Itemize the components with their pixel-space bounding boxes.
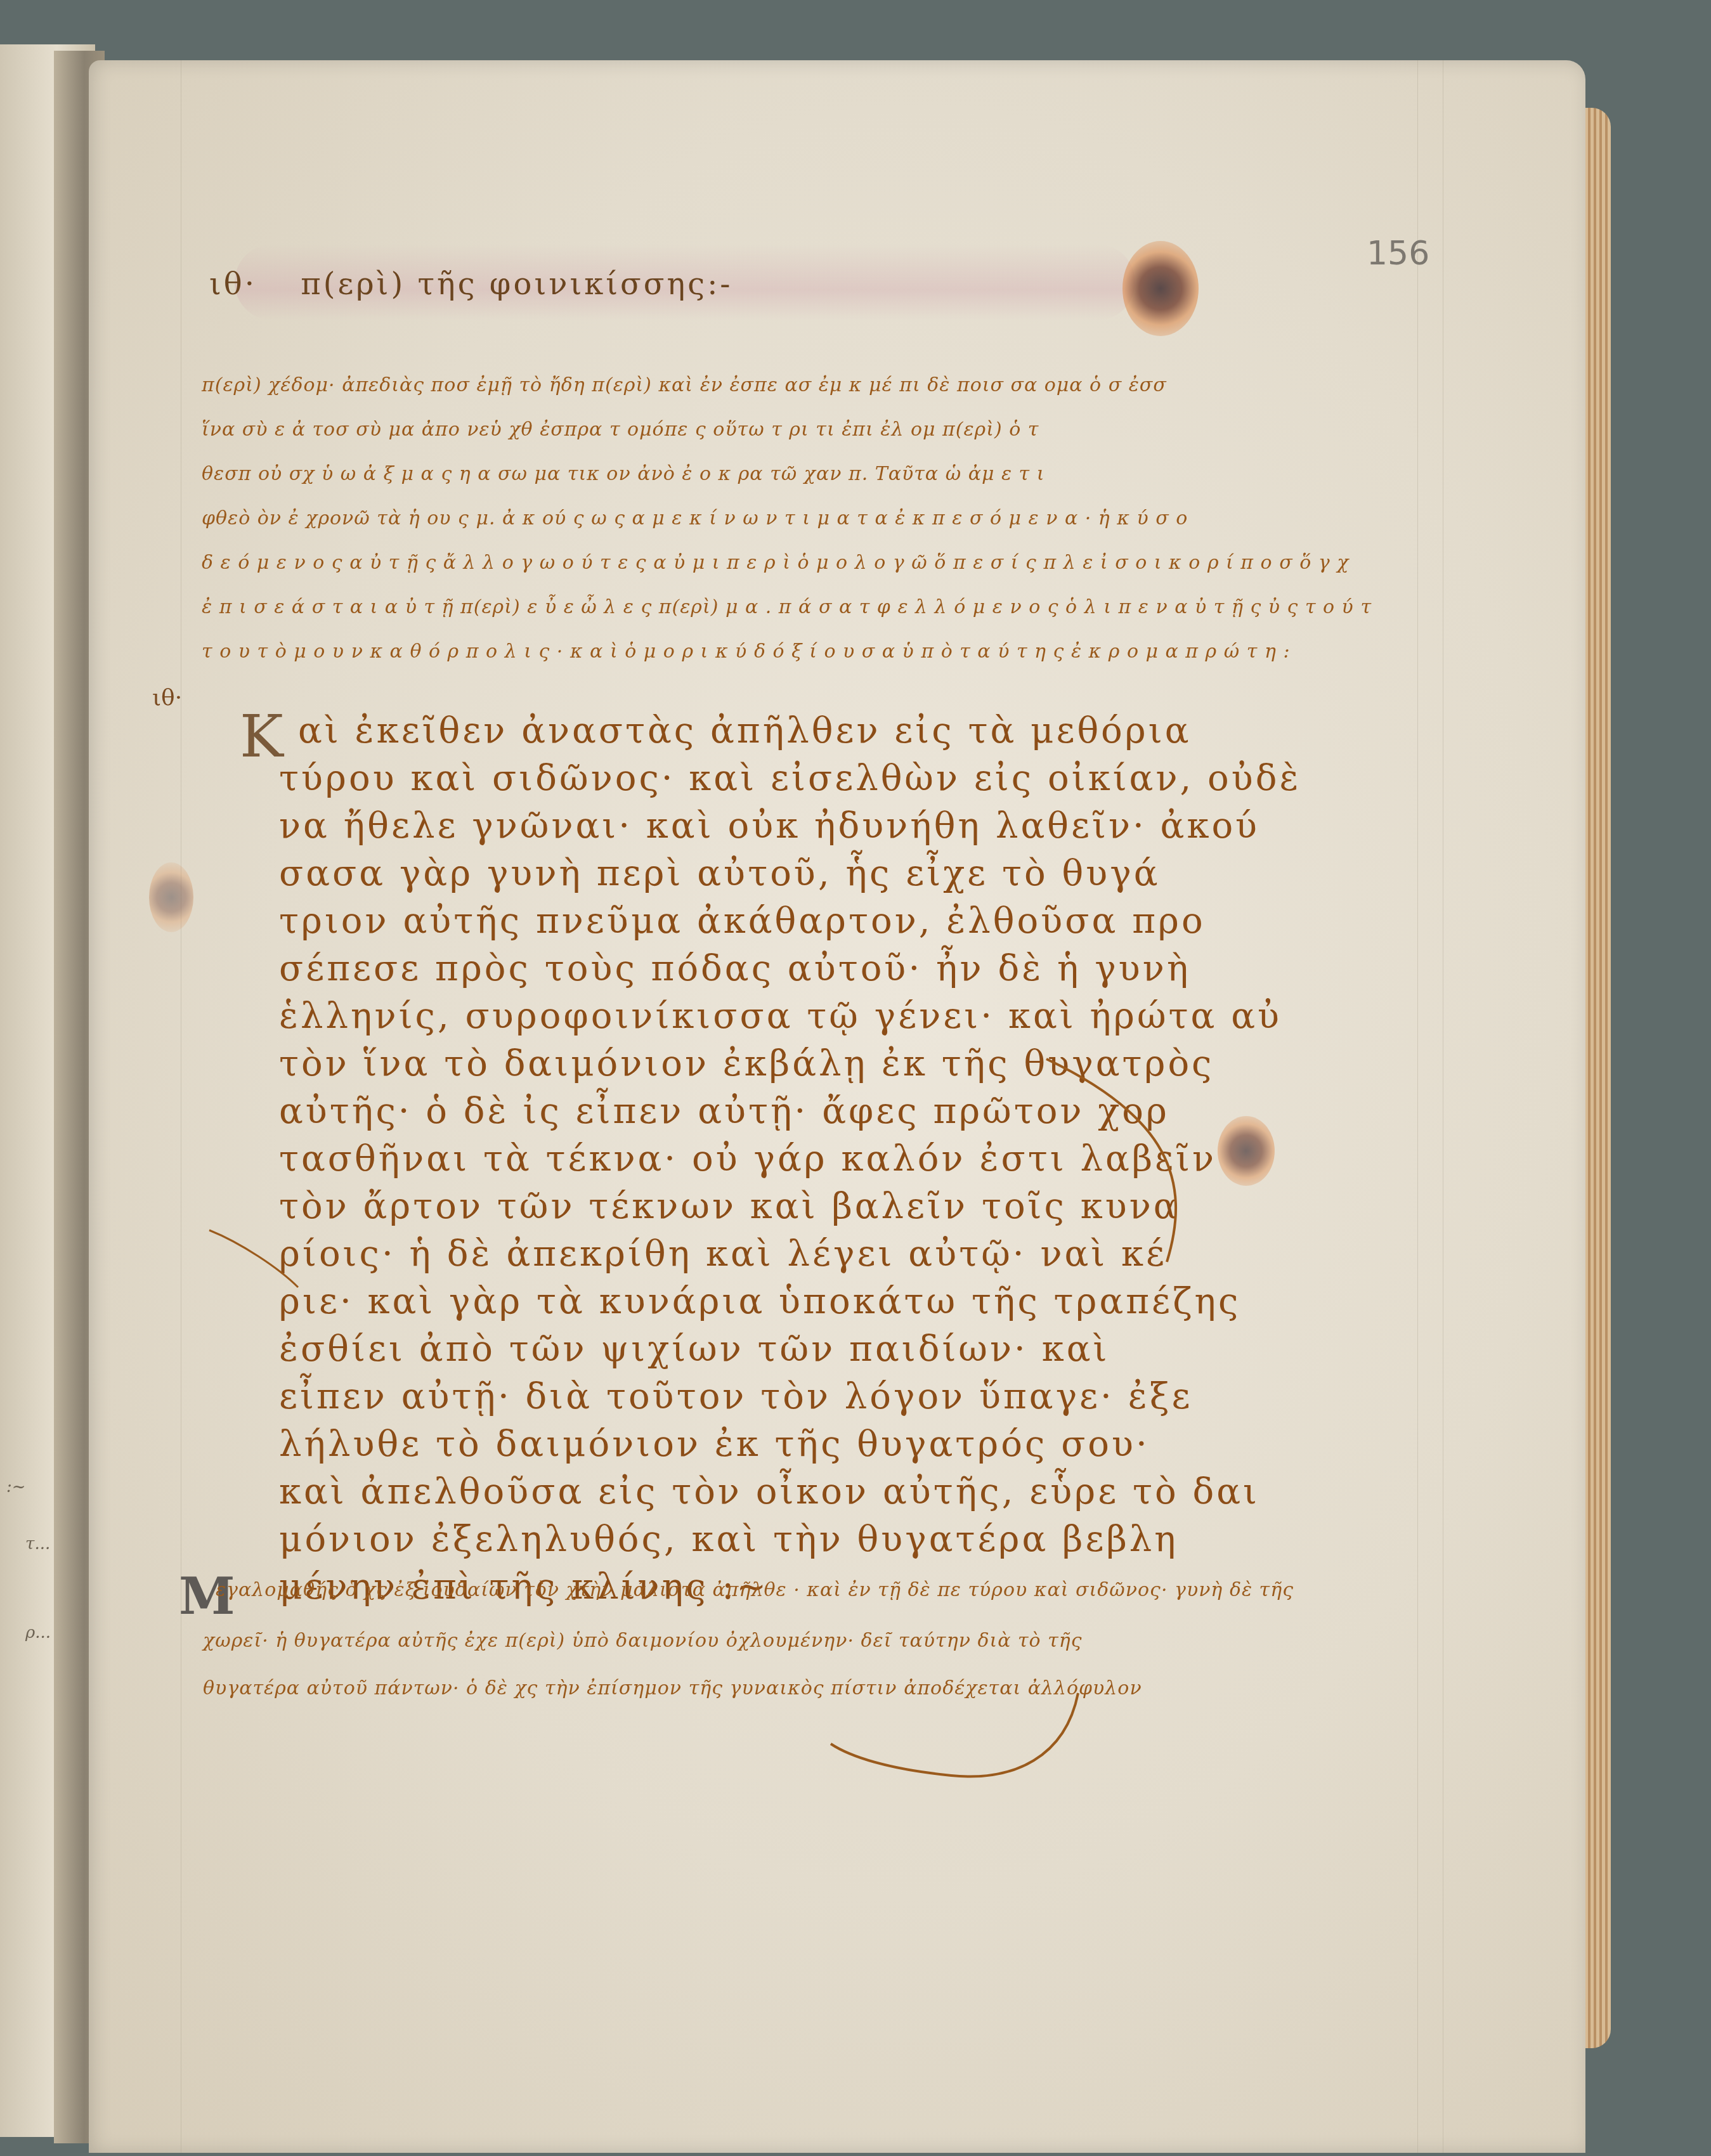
ink-blot <box>1218 1116 1275 1186</box>
commentary-line: ἐ π ι σ ε ά σ τ α ι α ὐ τ ῇ π(ερὶ) ε ὖ ε… <box>202 596 1372 618</box>
main-text-line: μόνιον ἐξεληλυθός, καὶ τὴν θυγατέρα βεβλ… <box>279 1519 1178 1560</box>
main-text-line: ἐσθίει ἀπὸ τῶν ψιχίων τῶν παιδίων· καὶ <box>279 1328 1109 1370</box>
ruling-line <box>181 60 181 2153</box>
main-chapter-number: ιθ· <box>152 685 182 711</box>
commentary-line: π(ερὶ) χέδομ· ἀπεδιὰς ποσ ἐμῇ τὸ ἤδη π(ε… <box>202 374 1167 396</box>
main-text-line: ἑλληνίς, συροφοινίκισσα τῷ γένει· καὶ ἠρ… <box>279 996 1282 1037</box>
main-text-line: ριε· καὶ γὰρ τὰ κυνάρια ὑποκάτω τῆς τραπ… <box>279 1281 1240 1322</box>
ruling-line <box>1443 60 1443 2153</box>
main-text-line: εἶπεν αὐτῇ· διὰ τοῦτον τὸν λόγον ὕπαγε· … <box>279 1376 1193 1417</box>
commentary-line: χωρεῖ· ἡ θυγατέρα αὐτῆς ἐχε π(ερὶ) ὑπὸ δ… <box>203 1630 1083 1652</box>
main-text-line: λήλυθε τὸ δαιμόνιον ἐκ τῆς θυγατρός σου· <box>279 1424 1150 1465</box>
commentary-line: θεσπ οὐ σχ ὑ ω ἀ ξ μ α ς η α σω μα τικ ο… <box>202 463 1044 485</box>
commentary-line: φθεὸ ὸν ἐ χρονῶ τὰ ἡ ου ς μ. ἀ κ ού ς ω … <box>202 507 1188 529</box>
ink-blot <box>149 862 193 932</box>
main-text-line: να ἤθελε γνῶναι· καὶ οὐκ ἠδυνήθη λαθεῖν·… <box>279 805 1259 847</box>
heading-chapter-number: ιθ· <box>209 266 257 302</box>
commentary-line: δ ε ό μ ε ν ο ς α ὐ τ ῇ ς ἄ λ λ ο γ ω ο … <box>202 552 1349 574</box>
main-text-line: ρίοις· ἡ δὲ ἀπεκρίθη καὶ λέγει αὐτῷ· ναὶ… <box>279 1233 1167 1275</box>
main-text-line: τριον αὐτῆς πνεῦμα ἀκάθαρτον, ἐλθοῦσα πρ… <box>279 900 1206 942</box>
main-text-line: τύρου καὶ σιδῶνος· καὶ εἰσελθὼν εἰς οἰκί… <box>279 758 1301 799</box>
main-text-line: σασα γὰρ γυνὴ περὶ αὐτοῦ, ἧς εἶχε τὸ θυγ… <box>279 853 1160 894</box>
commentary-line: εγαλομαθής ὁ χς ἐξ ἰουδαίων τὸν χτὴν μάλ… <box>216 1579 1294 1601</box>
chapter-heading: ιθ· π(ερὶ) τῆς φοινικίσσης:- <box>209 266 733 302</box>
commentary-line: τ ο υ τ ὸ μ ο υ ν κ α θ ό ρ π ο λ ι ς · … <box>202 640 1291 663</box>
heading-title: π(ερὶ) τῆς φοινικίσσης:- <box>301 266 732 302</box>
commentary-line: ἵνα σὺ ε ἀ τοσ σὺ μα ἀπο νεὑ χθ ἐσπρα τ … <box>202 419 1039 441</box>
main-text-line: αὶ ἐκεῖθεν ἀναστὰς ἀπῆλθεν εἰς τὰ μεθόρι… <box>298 710 1192 751</box>
scribal-flourish <box>203 1218 304 1294</box>
margin-note: :~ <box>6 1477 26 1497</box>
ink-blot <box>1122 241 1199 336</box>
folio-number: 156 <box>1367 235 1429 273</box>
main-text-line: αὐτῆς· ὁ δὲ ἰς εἶπεν αὐτῇ· ἄφες πρῶτον χ… <box>279 1091 1169 1132</box>
main-text-line: καὶ ἀπελθοῦσα εἰς τὸν οἶκον αὐτῆς, εὗρε … <box>279 1471 1259 1512</box>
scribal-flourish <box>824 1680 1103 1795</box>
decorated-initial: Κ <box>240 703 283 770</box>
scribal-flourish <box>1040 1053 1218 1268</box>
main-text-line: σέπεσε πρὸς τοὺς πόδας αὐτοῦ· ἦν δὲ ἡ γυ… <box>279 948 1190 989</box>
ruling-line <box>1417 60 1418 2153</box>
margin-note: τ... <box>25 1535 50 1554</box>
margin-note: ρ... <box>25 1623 51 1642</box>
